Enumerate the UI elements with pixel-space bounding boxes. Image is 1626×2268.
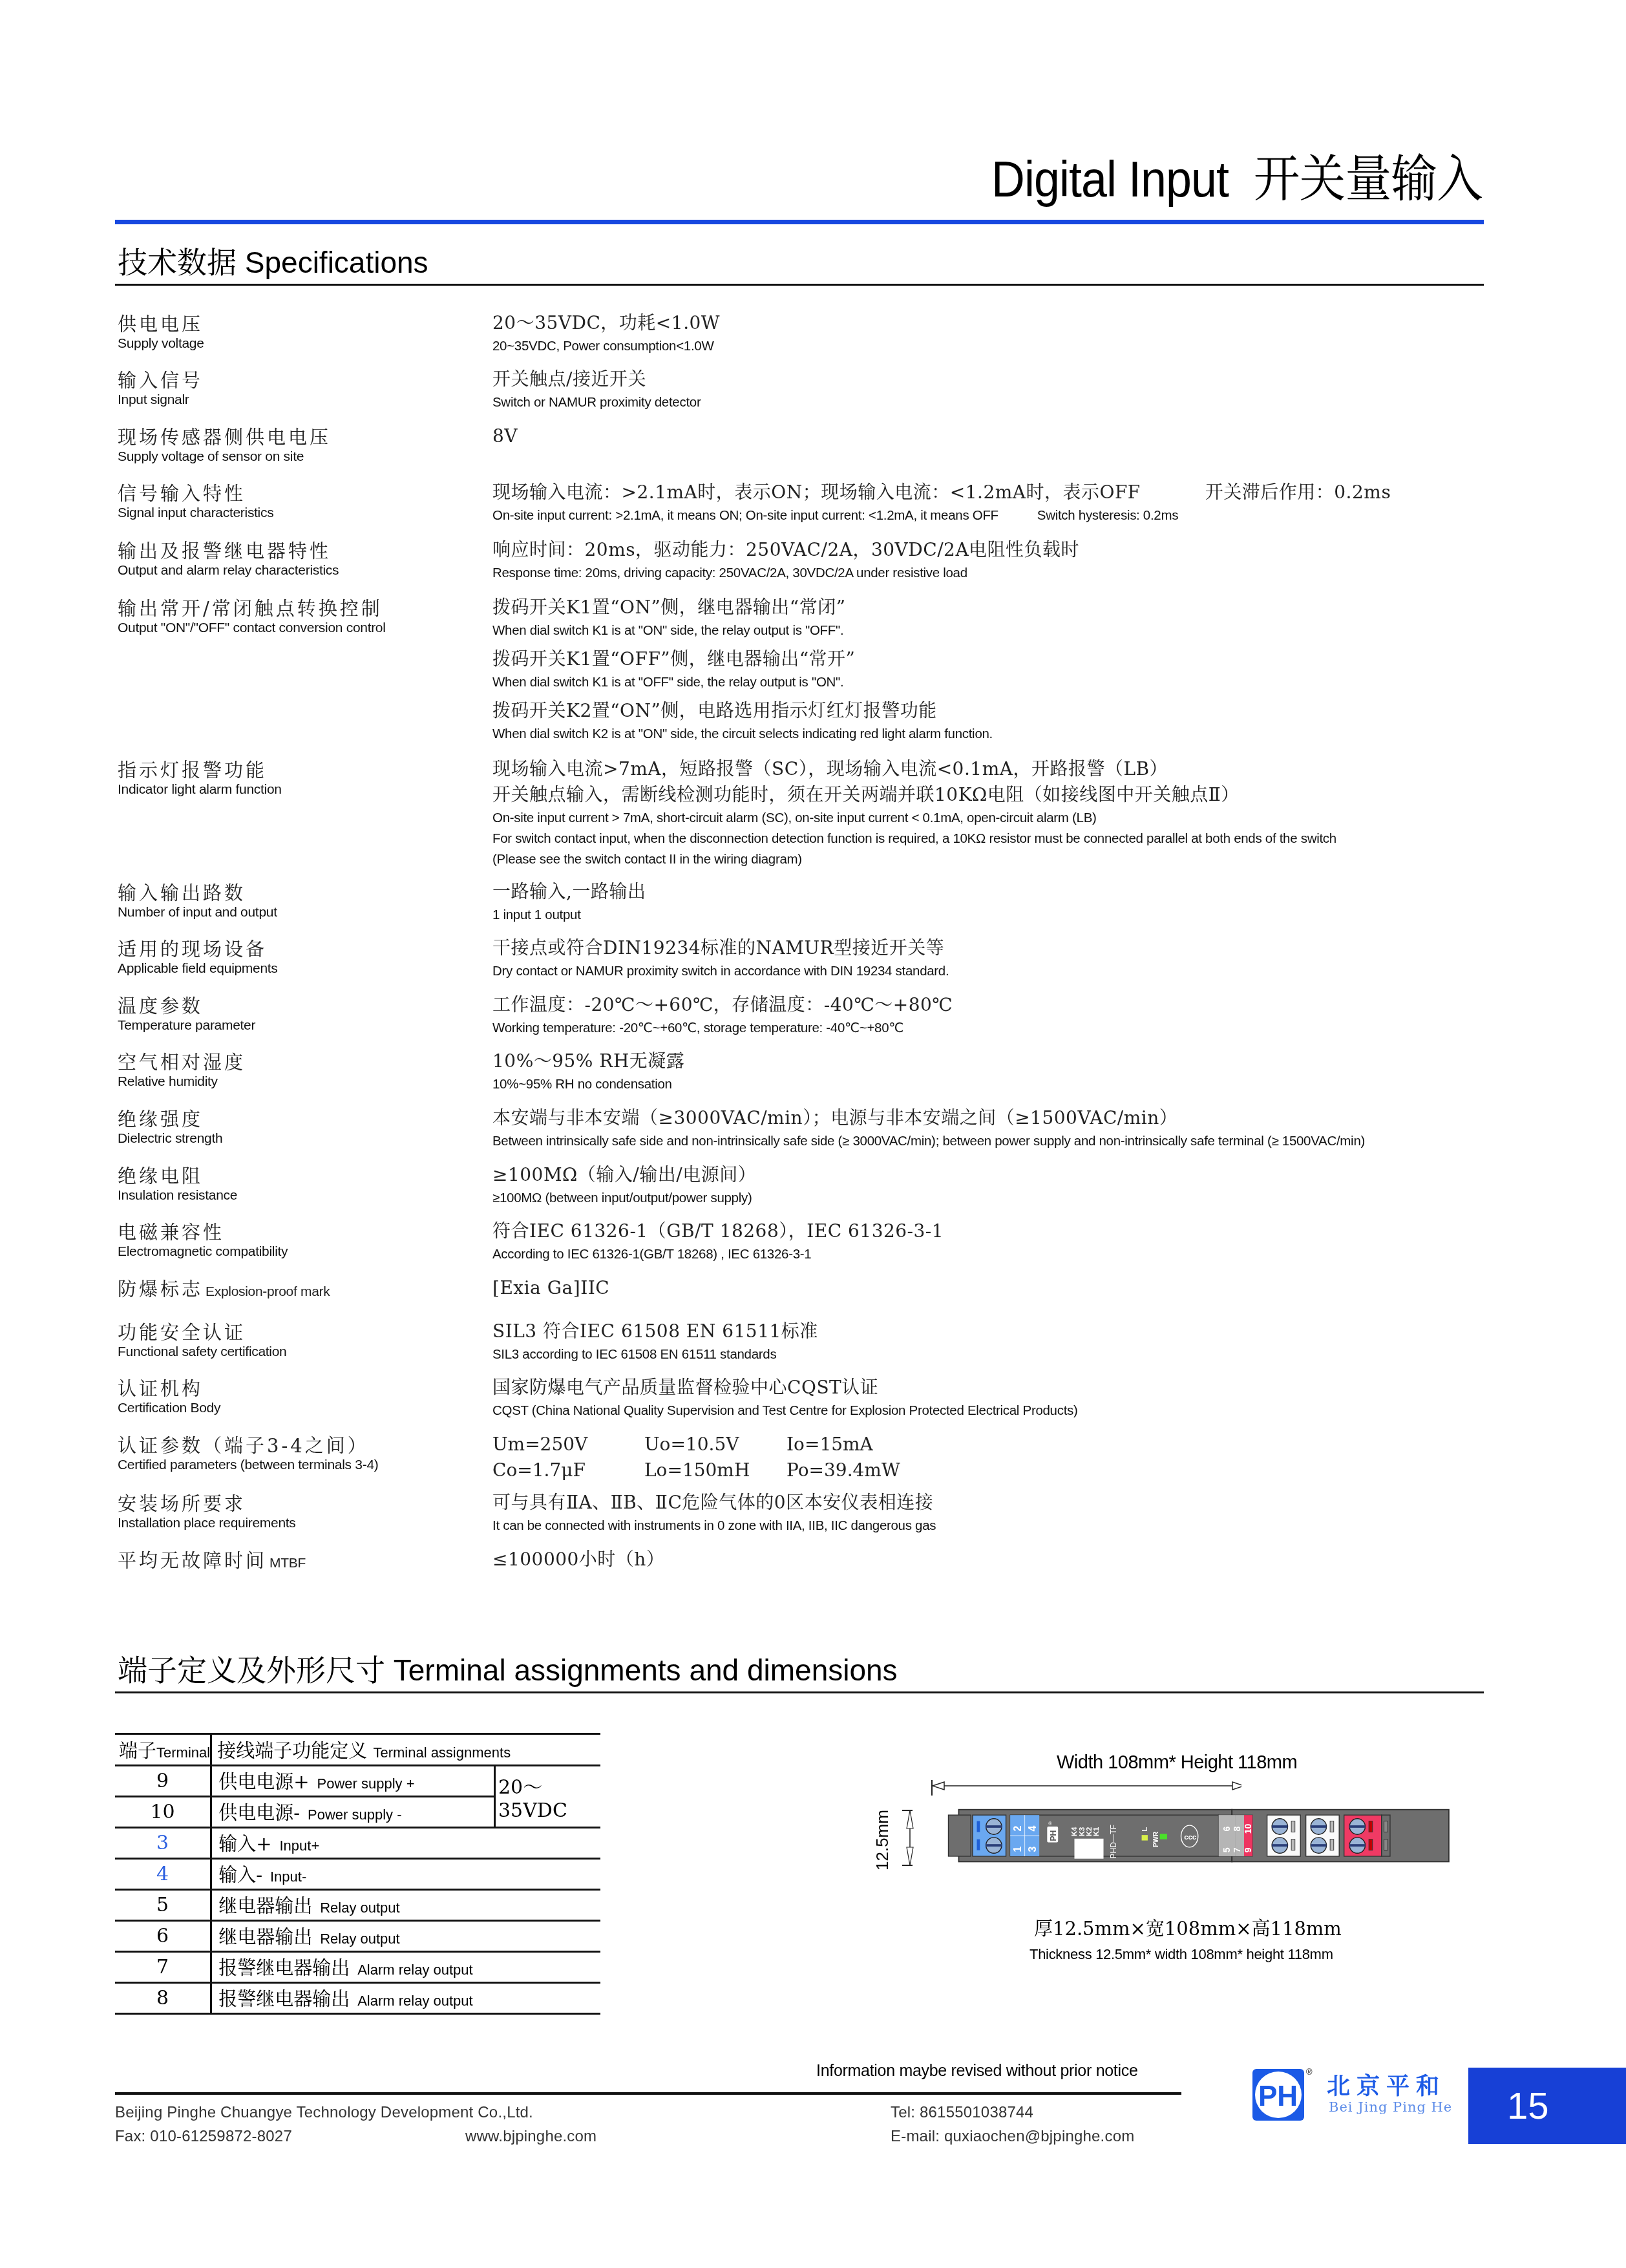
spec-label-en: Temperature parameter	[118, 1018, 255, 1033]
terminal-function-cn: 输入-	[218, 1864, 262, 1886]
spec-value-line: 拨码开关K2置“ON”侧，电路选用指示灯红灯报警功能When dial swit…	[492, 698, 1501, 745]
spec-value-line: ≤100000小时（h）	[492, 1547, 1501, 1573]
spec-label-cn: 输出及报警继电器特性	[118, 537, 331, 564]
telephone: Tel: 8615501038744	[891, 2104, 1033, 2122]
terminal-function: 输入-Input-	[211, 1859, 600, 1890]
specs-section-title: 技术数据 Specifications	[118, 239, 428, 282]
certified-param: Io=15mA	[787, 1432, 929, 1457]
spec-label-cn-text: 平均无故障时间	[118, 1550, 267, 1572]
spec-label-cn: 指示灯报警功能	[118, 756, 267, 783]
spec-value: 国家防爆电气产品质量监督检验中心CQST认证CQST (China Nation…	[492, 1375, 1501, 1421]
terminal-table-header: 端子Terminal 接线端子功能定义 Terminal assignments	[115, 1734, 600, 1766]
spec-value: 响应时间：20ms，驱动能力：250VAC/2A，30VDC/2A电阻性负载时R…	[492, 537, 1501, 584]
spec-label-en-inline: Explosion-proof mark	[206, 1284, 330, 1299]
width-dimension-arrow	[931, 1780, 1241, 1799]
spec-label-cn-text: 电磁兼容性	[118, 1222, 224, 1244]
spec-label-cn-text: 输出常开/常闭触点转换控制	[118, 598, 383, 620]
spec-value: 开关触点/接近开关Switch or NAMUR proximity detec…	[492, 366, 1501, 413]
spec-value-line: 本安端与非本安端（≥3000VAC/min）；电源与非本安端之间（≥1500VA…	[492, 1105, 1501, 1152]
thickness-dimension-arrow	[902, 1809, 916, 1867]
website-link[interactable]: www.bjpinghe.com	[465, 2128, 597, 2146]
terminal-table-body: 9供电电源+Power supply +20～35VDC10供电电源-Power…	[115, 1766, 600, 2014]
terminal-table: 端子Terminal 接线端子功能定义 Terminal assignments…	[115, 1733, 600, 2015]
svg-text:9: 9	[1243, 1847, 1253, 1852]
spec-value: 现场输入电流>7mA，短路报警（SC），现场输入电流<0.1mA，开路报警（LB…	[492, 756, 1501, 870]
terminal-number: 3	[115, 1828, 211, 1859]
certified-param: Um=250V	[492, 1432, 644, 1457]
specs-section-divider	[115, 284, 1484, 286]
header-function: 接线端子功能定义 Terminal assignments	[211, 1734, 600, 1766]
terminal-label-3: 3	[1028, 1846, 1039, 1852]
spec-label-en: Number of input and output	[118, 905, 277, 920]
svg-text:K2: K2	[1086, 1827, 1093, 1836]
terminal-function-en: Alarm relay output	[357, 1962, 473, 1978]
spec-value-line: ≥100MΩ（输入/输出/电源间）≥100MΩ (between input/o…	[492, 1162, 1501, 1209]
svg-text:8: 8	[1232, 1827, 1242, 1832]
spec-value-cn: 10%～95% RH无凝露	[492, 1048, 1501, 1074]
spec-label-cn: 防爆标志Explosion-proof mark	[118, 1275, 330, 1302]
spec-label-cn-text: 绝缘强度	[118, 1108, 203, 1130]
spec-label-en: Functional safety certification	[118, 1344, 287, 1360]
spec-value-en: CQST (China National Quality Supervision…	[492, 1401, 1501, 1421]
spec-value-en: 1 input 1 output	[492, 905, 1501, 926]
svg-text:L: L	[1141, 1827, 1149, 1832]
spec-label-cn-text: 功能安全认证	[118, 1322, 246, 1344]
spec-value: 10%～95% RH无凝露10%~95% RH no condensation	[492, 1048, 1501, 1095]
spec-label-cn-text: 认证机构	[118, 1378, 203, 1400]
terminal-function-en: Relay output	[320, 1900, 400, 1916]
terminal-number: 10	[115, 1797, 211, 1828]
terminal-number: 9	[115, 1766, 211, 1797]
spec-label-cn-text: 空气相对湿度	[118, 1052, 246, 1074]
page-title-en: Digital Input	[991, 151, 1229, 207]
spec-value-en: SIL3 according to IEC 61508 EN 61511 sta…	[492, 1344, 1501, 1365]
spec-value: 20～35VDC，功耗<1.0W20~35VDC, Power consumpt…	[492, 310, 1501, 357]
svg-text:5: 5	[1221, 1847, 1232, 1852]
spec-label-en: Indicator light alarm function	[118, 782, 282, 798]
spec-label-cn: 功能安全认证	[118, 1319, 246, 1345]
svg-text:10: 10	[1243, 1823, 1253, 1834]
spec-value-line: 可与具有ⅡA、ⅡB、ⅡC危险气体的0区本安仪表相连接It can be conn…	[492, 1490, 1501, 1536]
spec-label-cn-text: 绝缘电阻	[118, 1165, 203, 1187]
terminal-number: 6	[115, 1921, 211, 1952]
spec-value-line: On-site input current > 7mA, short-circu…	[492, 808, 1501, 829]
spec-value: 本安端与非本安端（≥3000VAC/min）；电源与非本安端之间（≥1500VA…	[492, 1105, 1501, 1152]
spec-value-en: When dial switch K1 is at "ON" side, the…	[492, 620, 1501, 641]
spec-value: 一路输入,一路输出1 input 1 output	[492, 879, 1501, 926]
svg-text:®: ®	[1306, 2067, 1313, 2077]
spec-label-cn-text: 输出及报警继电器特性	[118, 540, 331, 562]
terminal-row: 6继电器输出Relay output	[115, 1921, 600, 1952]
terminal-function-cn: 继电器输出	[218, 1926, 312, 1948]
header-terminal-en: Terminal	[156, 1744, 210, 1761]
spec-value: ≤100000小时（h）	[492, 1547, 1501, 1573]
terminal-number: 7	[115, 1952, 211, 1983]
spec-value-cn: 开关触点输入，需断线检测功能时，须在开关两端并联10KΩ电阻（如接线图中开关触点…	[492, 782, 1501, 808]
spec-label-cn-text: 信号输入特性	[118, 483, 246, 505]
page-title-cn: 开关量输入	[1254, 151, 1483, 207]
spec-value-line: 拨码开关K1置“ON”侧，继电器输出“常闭”When dial switch K…	[492, 595, 1501, 641]
email-link[interactable]: E-mail: quxiaochen@bjpinghe.com	[891, 2128, 1134, 2146]
spec-label-en: Applicable field equipments	[118, 961, 278, 977]
terminal-function-en: Alarm relay output	[357, 1993, 473, 2009]
dimensions-cn: 厚12.5mm×宽108mm×高118mm	[1034, 1914, 1342, 1941]
spec-value: 可与具有ⅡA、ⅡB、ⅡC危险气体的0区本安仪表相连接It can be conn…	[492, 1490, 1501, 1536]
company-name: Beijing Pinghe Chuangye Technology Devel…	[115, 2104, 533, 2122]
spec-label-en: Input signalr	[118, 392, 189, 408]
logo-text-en: Bei Jing Ping He	[1329, 2099, 1452, 2115]
spec-label-cn: 绝缘电阻	[118, 1162, 203, 1189]
spec-label-cn-text: 认证参数（端子3-4之间）	[118, 1435, 369, 1457]
spec-value-en: Switch or NAMUR proximity detector	[492, 392, 1501, 413]
spec-value-en: (Please see the switch contact II in the…	[492, 849, 1501, 870]
spec-label-cn: 认证机构	[118, 1375, 203, 1401]
spec-label-en: Output and alarm relay characteristics	[118, 563, 339, 578]
spec-value-cn: 拨码开关K1置“OFF”侧，继电器输出“常开”	[492, 646, 1501, 672]
spec-value-cn: ≥100MΩ（输入/输出/电源间）	[492, 1162, 1501, 1188]
terminal-function: 输入+Input+	[211, 1828, 600, 1859]
spec-value-cn: ≤100000小时（h）	[492, 1547, 1501, 1573]
spec-value: 8V	[492, 423, 1501, 449]
spec-value-cn: 一路输入,一路输出	[492, 879, 1501, 905]
spec-value-en: ≥100MΩ (between input/output/power suppl…	[492, 1188, 1501, 1209]
spec-label-cn: 输入信号	[118, 366, 203, 393]
spec-label-en: Dielectric strength	[118, 1131, 222, 1147]
spec-label-cn: 适用的现场设备	[118, 935, 267, 962]
spec-label-cn-text: 现场传感器侧供电电压	[118, 427, 331, 449]
terminal-function-cn: 继电器输出	[218, 1895, 312, 1917]
fax: Fax: 010-61259872-8027	[115, 2128, 292, 2146]
terminal-section-title: 端子定义及外形尺寸 Terminal assignments and dimen…	[118, 1647, 898, 1690]
spec-value-en: Working temperature: -20℃~+60℃, storage …	[492, 1018, 1501, 1039]
terminal-number: 4	[115, 1859, 211, 1890]
spec-value-cn: 拨码开关K2置“ON”侧，电路选用指示灯红灯报警功能	[492, 698, 1501, 724]
spec-value-cn-extra: 开关滞后作用：0.2ms	[1205, 482, 1391, 503]
spec-label-cn: 安装场所要求	[118, 1490, 246, 1516]
certified-params-grid: Um=250VUo=10.5VIo=15mACo=1.7μFLo=150mHPo…	[492, 1432, 1501, 1483]
terminal-function: 报警继电器输出Alarm relay output	[211, 1983, 600, 2014]
spec-value-line: 国家防爆电气产品质量监督检验中心CQST认证CQST (China Nation…	[492, 1375, 1501, 1421]
terminal-function: 供电电源-Power supply -	[211, 1797, 495, 1828]
spec-label-en: Supply voltage of sensor on site	[118, 449, 304, 465]
spec-label-en: Certified parameters (between terminals …	[118, 1457, 378, 1473]
spec-value: 干接点或符合DIN19234标准的NAMUR型接近开关等Dry contact …	[492, 935, 1501, 982]
spec-value-cn: 工作温度：-20℃～+60℃，存储温度：-40℃～+80℃	[492, 992, 1501, 1018]
spec-label-cn: 供电电压	[118, 310, 203, 337]
spec-label-cn: 信号输入特性	[118, 480, 246, 506]
spec-label-en: Output "ON"/"OFF" contact conversion con…	[118, 620, 386, 636]
spec-label-cn: 绝缘强度	[118, 1105, 203, 1132]
spec-value-cn: 8V	[492, 423, 1501, 449]
terminal-function: 继电器输出Relay output	[211, 1921, 600, 1952]
spec-value-line: SIL3 符合IEC 61508 EN 61511标准SIL3 accordin…	[492, 1319, 1501, 1365]
terminal-section-divider	[115, 1691, 1484, 1693]
spec-value-en: 10%~95% RH no condensation	[492, 1074, 1501, 1095]
spec-value-en: 20~35VDC, Power consumption<1.0W	[492, 336, 1501, 357]
spec-label-cn: 输出常开/常闭触点转换控制	[118, 595, 383, 621]
spec-value-cn: SIL3 符合IEC 61508 EN 61511标准	[492, 1319, 1501, 1344]
terminal-function-cn: 供电电源-	[218, 1802, 300, 1824]
spec-label-cn-text: 输入信号	[118, 370, 203, 392]
spec-value-cn: 响应时间：20ms，驱动能力：250VAC/2A，30VDC/2A电阻性负载时	[492, 537, 1501, 563]
svg-text:PWR: PWR	[1153, 1831, 1160, 1847]
terminal-function-en: Power supply +	[317, 1775, 414, 1792]
terminal-number: 8	[115, 1983, 211, 2014]
spec-value-cn: 干接点或符合DIN19234标准的NAMUR型接近开关等	[492, 935, 1501, 961]
spec-label-cn-text: 防爆标志	[118, 1278, 203, 1300]
spec-value: SIL3 符合IEC 61508 EN 61511标准SIL3 accordin…	[492, 1319, 1501, 1365]
spec-value-line: 10%～95% RH无凝露10%~95% RH no condensation	[492, 1048, 1501, 1095]
spec-label-cn-text: 安装场所要求	[118, 1493, 246, 1515]
certified-param: Lo=150mH	[644, 1457, 787, 1483]
terminal-function: 报警继电器输出Alarm relay output	[211, 1952, 600, 1983]
spec-label-en: Certification Body	[118, 1401, 220, 1416]
svg-text:6: 6	[1221, 1827, 1232, 1832]
spec-value-en: Between intrinsically safe side and non-…	[492, 1131, 1501, 1152]
terminal-function: 供电电源+Power supply +	[211, 1766, 495, 1797]
certified-param: Uo=10.5V	[644, 1432, 787, 1457]
spec-value-line: 响应时间：20ms，驱动能力：250VAC/2A，30VDC/2A电阻性负载时R…	[492, 537, 1501, 584]
spec-value-en: For switch contact input, when the disco…	[492, 829, 1501, 849]
terminal-function-en: Input+	[279, 1838, 319, 1854]
spec-label-cn-text: 温度参数	[118, 995, 203, 1017]
footer-divider	[115, 2092, 1181, 2095]
svg-text:ccc: ccc	[1184, 1834, 1196, 1841]
spec-value-en: When dial switch K2 is at "ON" side, the…	[492, 724, 1501, 745]
spec-value-cn: 符合IEC 61326-1（GB/T 18268），IEC 61326-3-1	[492, 1218, 1501, 1244]
certified-param: Po=39.4mW	[787, 1457, 929, 1483]
dimension-title: Width 108mm* Height 118mm	[1057, 1752, 1297, 1774]
spec-label-en: Relative humidity	[118, 1074, 218, 1090]
spec-value: 现场输入电流：>2.1mA时，表示ON；现场输入电流：<1.2mA时，表示OFF…	[492, 480, 1501, 526]
spec-label-cn-text: 供电电压	[118, 313, 203, 335]
spec-value-cn: 可与具有ⅡA、ⅡB、ⅡC危险气体的0区本安仪表相连接	[492, 1490, 1501, 1516]
terminal-function-cn: 输入+	[218, 1833, 271, 1855]
spec-label-en: Signal input characteristics	[118, 505, 273, 521]
spec-value-en: It can be connected with instruments in …	[492, 1516, 1501, 1536]
terminal-function-cn: 报警继电器输出	[218, 1988, 350, 2010]
spec-label-cn: 电磁兼容性	[118, 1218, 224, 1245]
spec-value-line: 工作温度：-20℃～+60℃，存储温度：-40℃～+80℃Working tem…	[492, 992, 1501, 1039]
page-title: Digital Input开关量输入	[991, 139, 1483, 211]
supply-voltage-cell: 20～35VDC	[495, 1766, 601, 1828]
spec-value-cn: 开关触点/接近开关	[492, 366, 1501, 392]
spec-label-en: Insulation resistance	[118, 1188, 237, 1203]
terminal-function-en: Relay output	[320, 1931, 400, 1947]
terminal-number: 5	[115, 1890, 211, 1921]
revision-notice: Information maybe revised without prior …	[816, 2062, 1138, 2081]
header-terminal-cn: 端子	[119, 1740, 156, 1762]
spec-value-en: When dial switch K1 is at "OFF" side, th…	[492, 672, 1501, 693]
spec-label-cn: 认证参数（端子3-4之间）	[118, 1432, 369, 1458]
spec-label-cn: 现场传感器侧供电电压	[118, 423, 331, 450]
spec-value-en: Dry contact or NAMUR proximity switch in…	[492, 961, 1501, 982]
spec-value-line: 现场输入电流>7mA，短路报警（SC），现场输入电流<0.1mA，开路报警（LB…	[492, 756, 1501, 782]
spec-value-cn: 本安端与非本安端（≥3000VAC/min）；电源与非本安端之间（≥1500VA…	[492, 1105, 1501, 1131]
spec-value: ≥100MΩ（输入/输出/电源间）≥100MΩ (between input/o…	[492, 1162, 1501, 1209]
svg-text:K4: K4	[1071, 1827, 1079, 1836]
spec-value-line: 现场输入电流：>2.1mA时，表示ON；现场输入电流：<1.2mA时，表示OFF…	[492, 480, 1501, 526]
title-divider	[115, 220, 1484, 224]
spec-value-line: For switch contact input, when the disco…	[492, 829, 1501, 849]
spec-value-cn: 20～35VDC，功耗<1.0W	[492, 310, 1501, 336]
terminal-function: 继电器输出Relay output	[211, 1890, 600, 1921]
terminal-row: 8报警继电器输出Alarm relay output	[115, 1983, 600, 2014]
spec-value-cn: 现场输入电流：>2.1mA时，表示ON；现场输入电流：<1.2mA时，表示OFF…	[492, 480, 1501, 505]
spec-value-en: On-site input current > 7mA, short-circu…	[492, 808, 1501, 829]
spec-label-en: Installation place requirements	[118, 1516, 296, 1531]
svg-text:PH: PH	[1258, 2081, 1298, 2112]
spec-value-line: 开关触点输入，需断线检测功能时，须在开关两端并联10KΩ电阻（如接线图中开关触点…	[492, 782, 1501, 808]
spec-value: Um=250VUo=10.5VIo=15mACo=1.7μFLo=150mHPo…	[492, 1432, 1501, 1483]
terminal-function-en: Input-	[270, 1869, 306, 1885]
spec-value-line: 一路输入,一路输出1 input 1 output	[492, 879, 1501, 926]
spec-value-line: [Exia Ga]IIC	[492, 1275, 1501, 1301]
terminal-row: 9供电电源+Power supply +20～35VDC	[115, 1766, 600, 1797]
spec-label-en-inline: MTBF	[269, 1556, 306, 1571]
spec-value-cn: 现场输入电流>7mA，短路报警（SC），现场输入电流<0.1mA，开路报警（LB…	[492, 756, 1501, 782]
spec-label-en: Electromagnetic compatibility	[118, 1244, 288, 1260]
terminal-label-4: 4	[1028, 1826, 1039, 1832]
spec-label-cn-text: 适用的现场设备	[118, 938, 267, 960]
thickness-label: 12.5mm	[872, 1810, 892, 1871]
terminal-label-1: 1	[1013, 1846, 1024, 1852]
spec-value-line: 符合IEC 61326-1（GB/T 18268），IEC 61326-3-1A…	[492, 1218, 1501, 1265]
logo-text-cn: 北京平和	[1327, 2068, 1446, 2101]
spec-value-line: 20～35VDC，功耗<1.0W20~35VDC, Power consumpt…	[492, 310, 1501, 357]
page-number: 15	[1468, 2068, 1626, 2144]
terminal-label-2: 2	[1013, 1826, 1024, 1832]
brand-logo-icon: PH ®	[1251, 2066, 1322, 2124]
spec-label-en: Supply voltage	[118, 336, 204, 352]
spec-value: [Exia Ga]IIC	[492, 1275, 1501, 1301]
spec-value-cn: [Exia Ga]IIC	[492, 1275, 1501, 1301]
spec-value-line: 拨码开关K1置“OFF”侧，继电器输出“常开”When dial switch …	[492, 646, 1501, 693]
svg-text:K3: K3	[1079, 1827, 1086, 1836]
spec-label-cn: 输入输出路数	[118, 879, 246, 906]
terminal-function-en: Power supply -	[308, 1807, 402, 1823]
svg-text:PH: PH	[1049, 1830, 1058, 1841]
terminal-row: 7报警继电器输出Alarm relay output	[115, 1952, 600, 1983]
terminal-row: 3输入+Input+	[115, 1828, 600, 1859]
spec-value-cn: 国家防爆电气产品质量监督检验中心CQST认证	[492, 1375, 1501, 1401]
header-function-en: Terminal assignments	[373, 1744, 511, 1761]
spec-value-en: On-site input current: >2.1mA, it means …	[492, 505, 1501, 526]
svg-text:7: 7	[1232, 1847, 1242, 1852]
terminal-function-cn: 供电电源+	[218, 1771, 309, 1793]
spec-label-cn: 温度参数	[118, 992, 203, 1019]
spec-value-en: According to IEC 61326-1(GB/T 18268) , I…	[492, 1244, 1501, 1265]
spec-label-cn-text: 输入输出路数	[118, 882, 246, 904]
svg-text:PHD—TF: PHD—TF	[1109, 1825, 1118, 1859]
spec-value-line: (Please see the switch contact II in the…	[492, 849, 1501, 870]
spec-value-line: 8V	[492, 423, 1501, 449]
module-drawing: 2 4 1 3 ® PH K4 K3 K2 K1 PHD—TF L PWR cc…	[931, 1807, 1499, 1865]
terminal-row: 4输入-Input-	[115, 1859, 600, 1890]
spec-value-cn: 拨码开关K1置“ON”侧，继电器输出“常闭”	[492, 595, 1501, 620]
spec-value: 符合IEC 61326-1（GB/T 18268），IEC 61326-3-1A…	[492, 1218, 1501, 1265]
terminal-function-cn: 报警继电器输出	[218, 1957, 350, 1979]
spec-value-en: Response time: 20ms, driving capacity: 2…	[492, 563, 1501, 584]
spec-label-cn: 空气相对湿度	[118, 1048, 246, 1075]
svg-text:®: ®	[1048, 1821, 1052, 1827]
terminal-row: 5继电器输出Relay output	[115, 1890, 600, 1921]
spec-value-line: 开关触点/接近开关Switch or NAMUR proximity detec…	[492, 366, 1501, 413]
header-function-cn: 接线端子功能定义	[217, 1740, 367, 1762]
certified-param: Co=1.7μF	[492, 1457, 644, 1483]
spec-value-en-extra: Switch hysteresis: 0.2ms	[1037, 508, 1178, 523]
spec-value-line: 干接点或符合DIN19234标准的NAMUR型接近开关等Dry contact …	[492, 935, 1501, 982]
spec-label-cn-text: 指示灯报警功能	[118, 759, 267, 781]
svg-text:K1: K1	[1093, 1827, 1101, 1836]
spec-value: 拨码开关K1置“ON”侧，继电器输出“常闭”When dial switch K…	[492, 595, 1501, 750]
spec-value: 工作温度：-20℃～+60℃，存储温度：-40℃～+80℃Working tem…	[492, 992, 1501, 1039]
spec-label-cn: 平均无故障时间MTBF	[118, 1547, 306, 1573]
dimensions-en: Thickness 12.5mm* width 108mm* height 11…	[1029, 1946, 1333, 1963]
header-terminal: 端子Terminal	[115, 1734, 211, 1766]
